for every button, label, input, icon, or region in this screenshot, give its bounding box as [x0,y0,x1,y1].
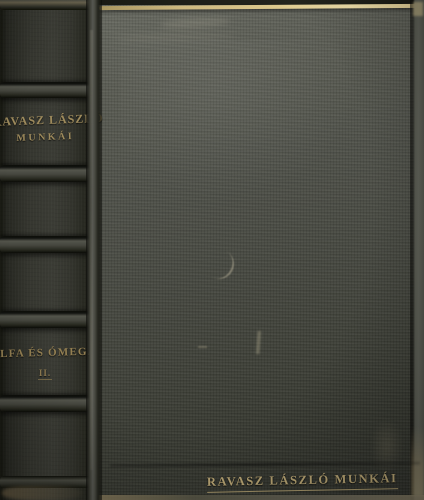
spine-volume-number: II. [38,368,52,380]
spine-hinge-highlight [90,30,93,470]
spine-tail-wear [2,486,82,500]
wear-smudge-right [370,418,404,474]
spine-title-label: RAVASZ LÁSZLÓ MUNKÁI [0,111,97,145]
cover-right-edge [410,0,424,500]
spine-raised-band-5 [0,395,91,412]
cover-bottom-edge [96,495,424,500]
cloth-sheen [120,40,360,200]
spine-head-cap [0,0,94,10]
spine-hinge-groove [86,0,102,500]
cover-stamp-title: RAVASZ LÁSZLÓ MUNKÁI [207,471,398,493]
spine-volume-label: II. [0,368,90,378]
spine-title-line1: RAVASZ LÁSZLÓ [0,111,97,130]
wear-scratch-dash [198,346,207,348]
book-photograph: RAVASZ LÁSZLÓ MUNKÁI RAVASZ LÁSZLÓ MUNKÁ… [0,0,424,500]
spine-raised-band-1 [0,82,91,98]
right-edge-wear-top [413,2,423,16]
spine-raised-band-2 [0,165,91,182]
spine-raised-band-3 [0,236,91,253]
spine-raised-band-4 [0,311,91,328]
